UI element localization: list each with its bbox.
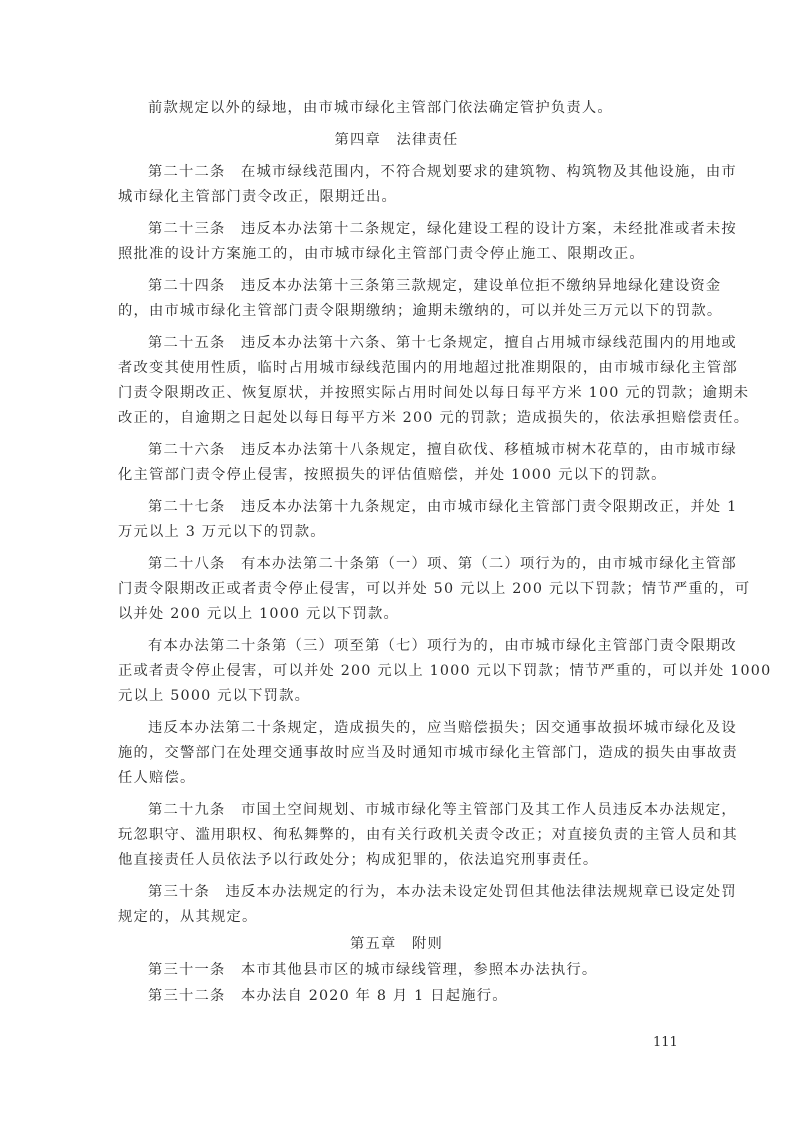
paragraph-line: 规定的，从其规定。 [118,907,671,927]
paragraph-line: 玩忽职守、滥用职权、徇私舞弊的，由有关行政机关责令改正；对直接负责的主管人员和其 [118,825,671,845]
paragraph-line: 第二十三条 违反本办法第十二条规定，绿化建设工程的设计方案，未经批准或者未按 [148,219,671,239]
paragraph-line: 者改变其使用性质，临时占用城市绿线范围内的用地超过批准期限的，由市城市绿化主管部 [118,358,671,378]
paragraph-line: 施的，交警部门在处理交通事故时应当及时通知市城市绿化主管部门，造成的损失由事故责 [118,743,671,763]
paragraph-line: 前款规定以外的绿地，由市城市绿化主管部门依法确定管护负责人。 [148,98,671,118]
paragraph-line: 照批准的设计方案施工的，由市城市绿化主管部门责令停止施工、限期改正。 [118,244,671,264]
paragraph-line: 第二十六条 违反本办法第十八条规定，擅自砍伐、移植城市树木花草的，由市城市绿 [148,440,671,460]
chapter-heading: 第四章 法律责任 [0,130,793,150]
document-page: 前款规定以外的绿地，由市城市绿化主管部门依法确定管护负责人。 第四章 法律责任 … [0,0,793,1122]
paragraph-line: 第三十条 违反本办法规定的行为，本办法未设定处罚但其他法律法规规章已设定处罚 [148,882,671,902]
paragraph-line: 第三十二条 本办法自 2020 年 8 月 1 日起施行。 [148,986,671,1006]
paragraph-line: 违反本办法第二十条规定，造成损失的，应当赔偿损失；因交通事故损坏城市绿化及设 [148,718,671,738]
paragraph-line: 门责令限期改正或者责令停止侵害，可以并处 50 元以上 200 元以下罚款；情节… [118,579,671,599]
paragraph-line: 的，由市城市绿化主管部门责令限期缴纳；逾期未缴纳的，可以并处三万元以下的罚款。 [118,301,671,321]
paragraph-line: 第二十七条 违反本办法第十九条规定，由市城市绿化主管部门责令限期改正，并处 1 [148,497,671,517]
chapter-heading: 第五章 附则 [0,934,793,954]
paragraph-line: 第二十四条 违反本办法第十三条第三款规定，建设单位拒不缴纳异地绿化建设资金 [148,276,671,296]
paragraph-line: 正或者责令停止侵害，可以并处 200 元以上 1000 元以下罚款；情节严重的，… [118,661,671,681]
paragraph-line: 有本办法第二十条第（三）项至第（七）项行为的，由市城市绿化主管部门责令限期改 [148,636,671,656]
paragraph-line: 城市绿化主管部门责令改正，限期迁出。 [118,187,671,207]
paragraph-line: 第二十二条 在城市绿线范围内，不符合规划要求的建筑物、构筑物及其他设施，由市 [148,162,671,182]
paragraph-line: 改正的，自逾期之日起处以每日每平方米 200 元的罚款；造成损失的，依法承担赔偿… [118,408,671,428]
paragraph-line: 化主管部门责令停止侵害，按照损失的评估值赔偿，并处 1000 元以下的罚款。 [118,465,671,485]
paragraph-line: 门责令限期改正、恢复原状，并按照实际占用时间处以每日每平方米 100 元的罚款；… [118,383,671,403]
paragraph-line: 第三十一条 本市其他县市区的城市绿线管理，参照本办法执行。 [148,960,671,980]
page-number: 111 [653,1034,678,1052]
paragraph-line: 以并处 200 元以上 1000 元以下罚款。 [118,604,671,624]
paragraph-line: 他直接责任人员依法予以行政处分；构成犯罪的，依法追究刑事责任。 [118,850,671,870]
paragraph-line: 第二十八条 有本办法第二十条第（一）项、第（二）项行为的，由市城市绿化主管部 [148,554,671,574]
paragraph-line: 元以上 5000 元以下罚款。 [118,686,671,706]
paragraph-line: 万元以上 3 万元以下的罚款。 [118,522,671,542]
paragraph-line: 第二十五条 违反本办法第十六条、第十七条规定，擅自占用城市绿线范围内的用地或 [148,333,671,353]
paragraph-line: 第二十九条 市国土空间规划、市城市绿化等主管部门及其工作人员违反本办法规定， [148,800,671,820]
paragraph-line: 任人赔偿。 [118,768,671,788]
